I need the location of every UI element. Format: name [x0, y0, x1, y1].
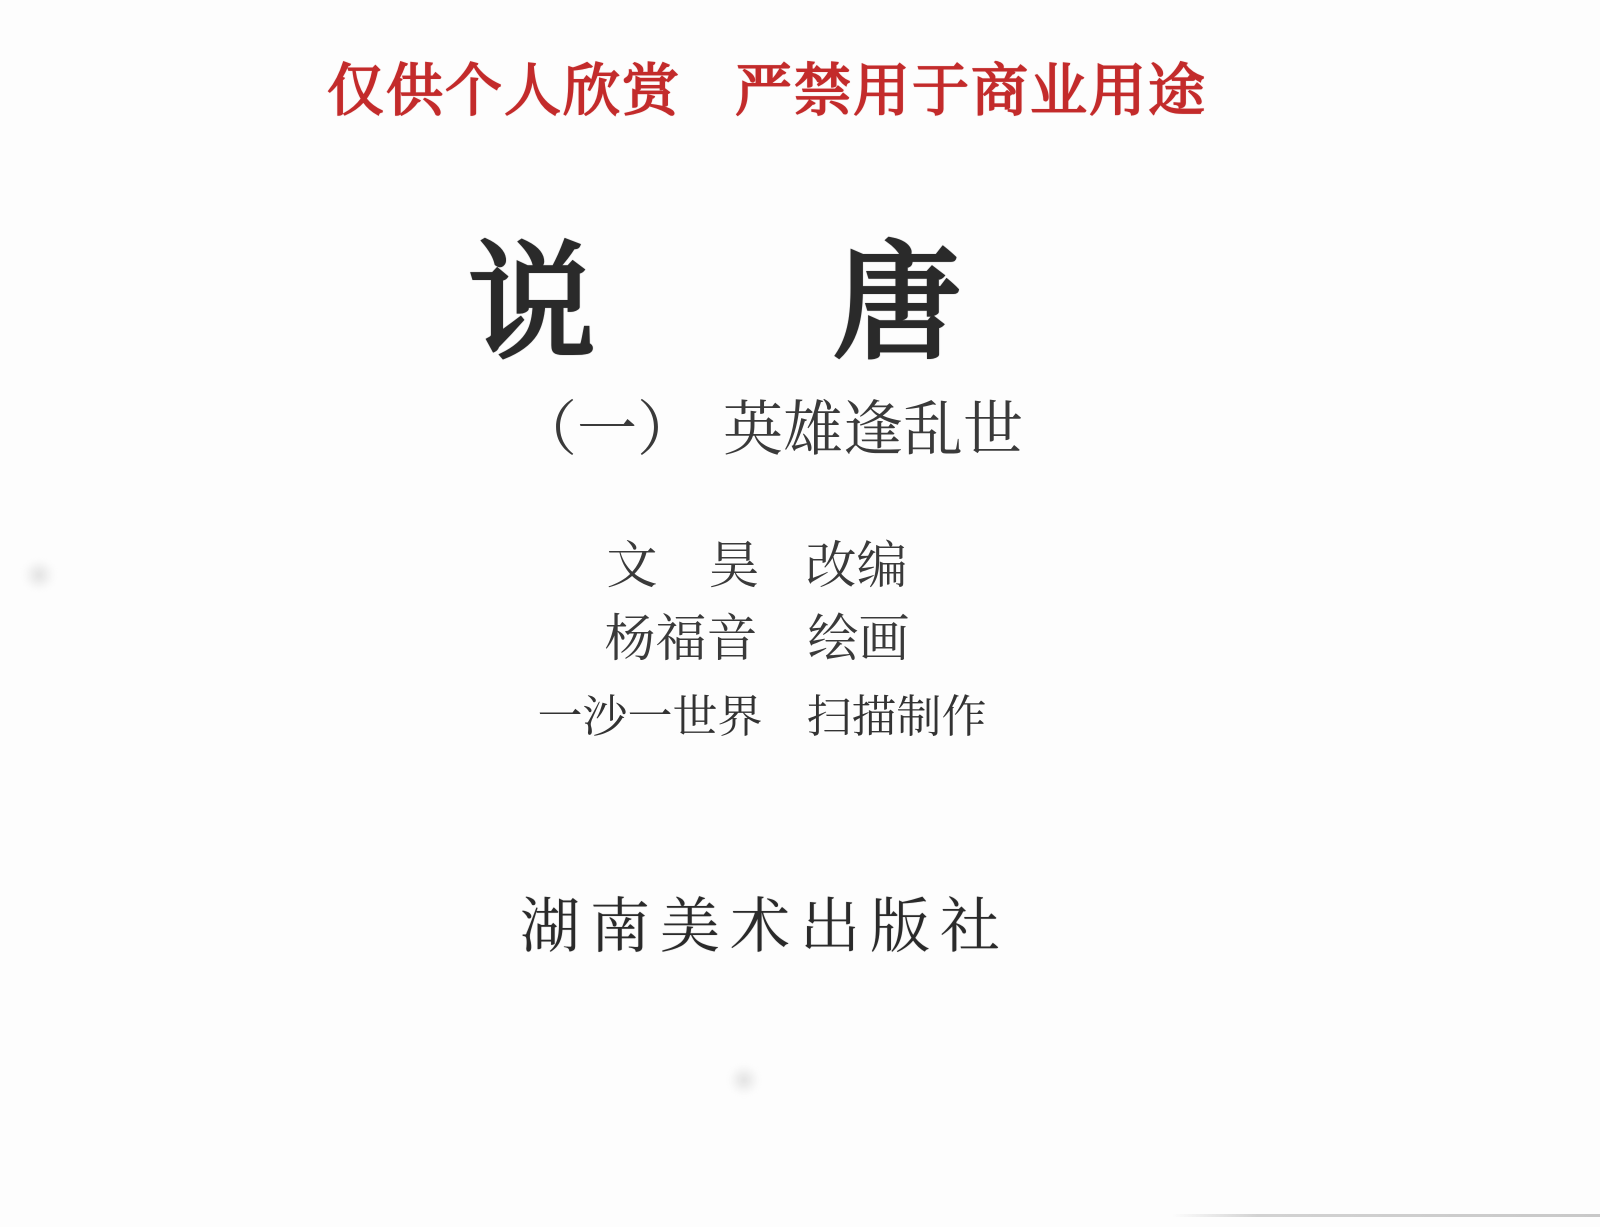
credit-painter-role: 绘画 — [808, 614, 910, 665]
copyright-notice: 仅供个人欣赏 严禁用于商业用途 — [327, 62, 1207, 119]
credit-scanner-role: 扫描制作 — [807, 694, 987, 739]
scan-smudge-center — [728, 1065, 760, 1095]
volume-subtitle: （一） 英雄逢乱世 — [517, 400, 1023, 460]
copyright-notice-part2: 严禁用于商业用途 — [735, 62, 1207, 119]
publisher-name: 湖南美术出版社 — [520, 897, 1010, 957]
scan-smudge-left — [22, 560, 56, 590]
copyright-notice-part1: 仅供个人欣赏 — [327, 62, 681, 119]
book-title-page: 仅供个人欣赏 严禁用于商业用途 说 唐 （一） 英雄逢乱世 文 昊 改编 杨福音… — [0, 0, 1600, 1227]
book-title-char-2: 唐 — [833, 240, 961, 368]
volume-title: 英雄逢乱世 — [723, 400, 1023, 460]
scan-artifact-line — [1172, 1214, 1600, 1217]
credit-adapter-role: 改编 — [806, 541, 908, 592]
credit-painter-name: 杨福音 — [604, 614, 757, 665]
volume-number: （一） — [517, 400, 697, 460]
credit-scanner: 一沙一世界 扫描制作 — [537, 694, 986, 739]
credit-adapter: 文 昊 改编 — [606, 541, 907, 592]
credit-scanner-name: 一沙一世界 — [537, 694, 762, 739]
credit-adapter-name: 文 昊 — [606, 541, 759, 592]
credit-painter: 杨福音 绘画 — [604, 614, 909, 665]
book-title-char-1: 说 — [468, 240, 596, 368]
